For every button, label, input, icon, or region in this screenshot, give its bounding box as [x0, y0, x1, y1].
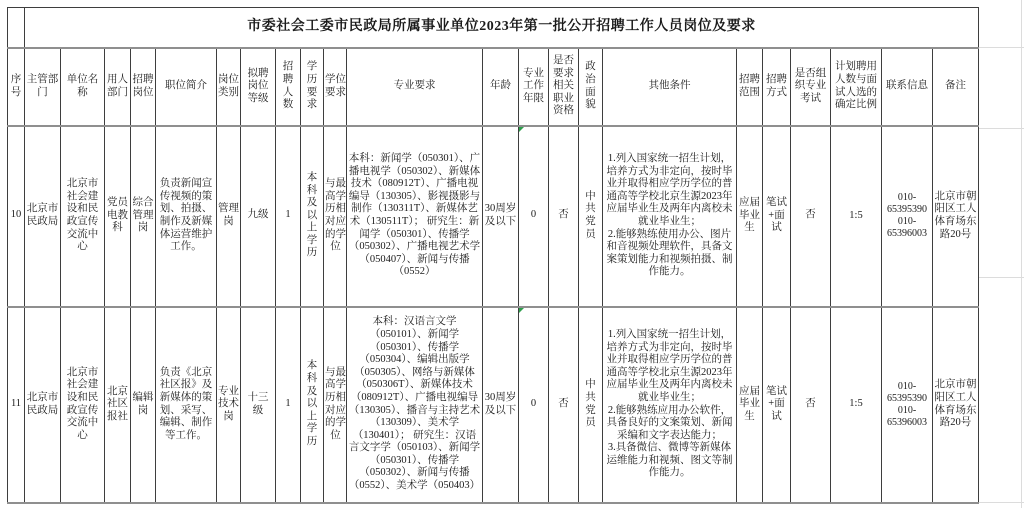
header-cell-exam[interactable]: 是否组织专业考试: [791, 48, 831, 126]
cell-method[interactable]: 笔试+面试: [763, 307, 791, 503]
header-label: 岗位类别: [218, 74, 239, 99]
cell-scope[interactable]: 应届毕业生: [737, 307, 763, 503]
cell-text: 应届毕业生: [739, 197, 760, 235]
cell-certificate[interactable]: 否: [549, 307, 579, 503]
header-cell-seq[interactable]: 序号: [8, 48, 25, 126]
header-label: 是否要求相关职业资格: [553, 55, 574, 118]
cell-post[interactable]: 综合管理岗: [131, 126, 156, 307]
cell-scope[interactable]: 应届毕业生: [737, 126, 763, 307]
header-cell-work-years[interactable]: 专业工作年限: [519, 48, 549, 126]
cell-contact[interactable]: 010- 65395390 010- 65396003: [882, 307, 933, 503]
cell-text: 负责新闻宣传视频的策划、拍摄、制作及新媒体运营维护工作。: [160, 178, 213, 254]
cell-text: 1.列入国家统一招生计划，培养方式为非定向，按时毕业并取得相应学历学位的普通高等…: [607, 153, 733, 277]
sheet-gridline-horizontal: [979, 277, 1024, 278]
cell-politics[interactable]: 中共党员: [579, 126, 603, 307]
cell-text: 0: [523, 398, 544, 411]
cell-text: 1:5: [849, 210, 862, 221]
header-label: 联系信息: [886, 80, 928, 93]
cell-text: 九级: [248, 209, 269, 222]
header-cell-note[interactable]: 备注: [933, 48, 979, 126]
cell-note[interactable]: 北京市朝阳区工人体育场东路20号: [933, 307, 979, 503]
cell-hiring-dept[interactable]: 党员电教科: [105, 126, 131, 307]
cell-text: 1:5: [849, 398, 862, 409]
title-row-corner-cell[interactable]: [8, 8, 25, 48]
cell-text: 编辑岗: [133, 392, 154, 417]
cell-exam[interactable]: 否: [791, 126, 831, 307]
cell-post[interactable]: 编辑岗: [131, 307, 156, 503]
header-label: 政治面貌: [585, 61, 596, 111]
cell-text: 北京市朝阳区工人体育场东路20号: [935, 191, 977, 241]
sheet-gridline-horizontal: [979, 502, 1024, 503]
cell-post-grade[interactable]: 十三级: [241, 307, 276, 503]
cell-dept[interactable]: 北京市民政局: [25, 307, 61, 503]
cell-education[interactable]: 本科及以上学历: [301, 307, 324, 503]
header-label: 计划聘用人数与面试人选的确定比例: [835, 61, 877, 111]
cell-text: 010- 65395390 010- 65396003: [887, 192, 927, 239]
cell-ratio[interactable]: 1:5: [831, 307, 882, 503]
cell-text: 本科：新闻学（050301）、广播电视学（050302）、新媒体技术（08091…: [349, 153, 480, 277]
cell-politics[interactable]: 中共党员: [579, 307, 603, 503]
cell-text: 北京市社会建设和民政宣传交流中心: [67, 367, 99, 443]
header-cell-major[interactable]: 专业要求: [347, 48, 483, 126]
cell-text: 1: [283, 398, 294, 411]
cell-text: 否: [553, 398, 574, 411]
cell-text: 否: [795, 398, 827, 411]
cell-text: 否: [795, 209, 827, 222]
cell-duties[interactable]: 负责《北京社区报》及新媒体的策划、采写、编辑、制作等工作。: [156, 307, 217, 503]
header-cell-other[interactable]: 其他条件: [603, 48, 737, 126]
cell-text: 30周岁 及以下: [485, 203, 517, 227]
cell-text: 北京市社会建设和民政宣传交流中心: [67, 178, 99, 254]
header-label: 招聘人数: [283, 61, 294, 111]
cell-certificate[interactable]: 否: [549, 126, 579, 307]
cell-warning-triangle-icon: [519, 308, 524, 313]
header-cell-age[interactable]: 年龄: [483, 48, 519, 126]
header-cell-dept[interactable]: 主管部门: [25, 48, 61, 126]
header-label: 学历要求: [307, 61, 318, 111]
cell-text: 本科：汉语言文学（050101）、新闻学（050301）、传播学（050304）…: [349, 316, 480, 491]
cell-dept[interactable]: 北京市民政局: [25, 126, 61, 307]
cell-text: 本科及以上学历: [307, 172, 318, 260]
cell-major[interactable]: 本科：汉语言文学（050101）、新闻学（050301）、传播学（050304）…: [347, 307, 483, 503]
header-cell-degree[interactable]: 学位要求: [324, 48, 347, 126]
cell-text: 1.列入国家统一招生计划，培养方式为非定向，按时毕业并取得相应学历学位的普通高等…: [607, 329, 733, 479]
cell-text: 十三级: [248, 392, 269, 417]
cell-text: 笔试+面试: [766, 197, 787, 235]
header-cell-duties[interactable]: 职位简介: [156, 48, 217, 126]
cell-hiring-dept[interactable]: 北京社区报社: [105, 307, 131, 503]
cell-method[interactable]: 笔试+面试: [763, 126, 791, 307]
cell-major[interactable]: 本科：新闻学（050301）、广播电视学（050302）、新媒体技术（08091…: [347, 126, 483, 307]
page-title[interactable]: 市委社会工委市民政局所属事业单位2023年第一批公开招聘工作人员岗位及要求: [25, 8, 979, 48]
header-cell-post-type[interactable]: 岗位类别: [217, 48, 241, 126]
header-label: 招聘范围: [739, 74, 760, 99]
header-label: 拟聘岗位等级: [248, 68, 269, 106]
cell-text: 负责《北京社区报》及新媒体的策划、采写、编辑、制作等工作。: [160, 367, 213, 443]
header-row: 序号 主管部门 单位名称 用人部门 招聘岗位 职位简介 岗位类别 拟聘岗位等级 …: [8, 48, 979, 126]
cell-text: 0: [523, 209, 544, 222]
title-row: 市委社会工委市民政局所属事业单位2023年第一批公开招聘工作人员岗位及要求: [8, 8, 979, 48]
cell-text: 1: [283, 209, 294, 222]
cell-headcount[interactable]: 1: [276, 307, 301, 503]
cell-text: 10: [11, 209, 22, 222]
table-row-11: 11 北京市民政局 北京市社会建设和民政宣传交流中心 北京社区报社 编辑岗 负责…: [8, 307, 979, 503]
cell-exam[interactable]: 否: [791, 307, 831, 503]
header-cell-certificate[interactable]: 是否要求相关职业资格: [549, 48, 579, 126]
cell-seq[interactable]: 10: [8, 126, 25, 307]
header-cell-politics[interactable]: 政治面貌: [579, 48, 603, 126]
cell-contact[interactable]: 010- 65395390 010- 65396003: [882, 126, 933, 307]
header-label: 备注: [935, 80, 977, 93]
sheet-gridline-horizontal: [979, 47, 1024, 48]
cell-warning-triangle-icon: [519, 127, 524, 132]
header-cell-scope[interactable]: 招聘范围: [737, 48, 763, 126]
cell-other[interactable]: 1.列入国家统一招生计划，培养方式为非定向，按时毕业并取得相应学历学位的普通高等…: [603, 126, 737, 307]
header-label: 主管部门: [27, 74, 59, 99]
cell-post-grade[interactable]: 九级: [241, 126, 276, 307]
header-label: 专业工作年限: [523, 68, 544, 106]
cell-unit[interactable]: 北京市社会建设和民政宣传交流中心: [61, 307, 105, 503]
cell-note[interactable]: 北京市朝阳区工人体育场东路20号: [933, 126, 979, 307]
cell-text: 中共党员: [585, 191, 596, 241]
cell-degree[interactable]: 与最高学历相对应的学位: [324, 307, 347, 503]
cell-text: 否: [553, 209, 574, 222]
cell-text: 本科及以上学历: [307, 360, 318, 448]
header-cell-hiring-dept[interactable]: 用人部门: [105, 48, 131, 126]
header-label: 招聘方式: [766, 74, 787, 99]
header-cell-method[interactable]: 招聘方式: [763, 48, 791, 126]
cell-seq[interactable]: 11: [8, 307, 25, 503]
cell-post-type[interactable]: 管理岗: [217, 126, 241, 307]
sheet-gridline-horizontal: [979, 128, 1024, 129]
table-row-10: 10 北京市民政局 北京市社会建设和民政宣传交流中心 党员电教科 综合管理岗 负…: [8, 126, 979, 307]
header-cell-headcount[interactable]: 招聘人数: [276, 48, 301, 126]
cell-text: 与最高学历相对应的学位: [325, 367, 346, 443]
cell-text: 30周岁 及以下: [485, 392, 517, 416]
cell-text: 与最高学历相对应的学位: [325, 178, 346, 254]
cell-text: 11: [11, 398, 21, 411]
header-label: 用人部门: [107, 74, 128, 99]
cell-duties[interactable]: 负责新闻宣传视频的策划、拍摄、制作及新媒体运营维护工作。: [156, 126, 217, 307]
header-label: 其他条件: [649, 80, 691, 93]
header-cell-contact[interactable]: 联系信息: [882, 48, 933, 126]
cell-text: 北京市朝阳区工人体育场东路20号: [935, 379, 977, 429]
cell-text: 010- 65395390 010- 65396003: [887, 381, 927, 428]
header-label: 年龄: [490, 80, 511, 93]
header-label: 序号: [9, 74, 23, 99]
cell-degree[interactable]: 与最高学历相对应的学位: [324, 126, 347, 307]
header-label: 专业要求: [394, 80, 436, 93]
cell-text: 综合管理岗: [133, 197, 154, 235]
cell-text: 专业技术岗: [218, 386, 239, 424]
header-label: 职位简介: [160, 80, 213, 93]
cell-text: 笔试+面试: [766, 386, 787, 424]
cell-ratio[interactable]: 1:5: [831, 126, 882, 307]
cell-text: 北京市民政局: [27, 392, 59, 417]
cell-headcount[interactable]: 1: [276, 126, 301, 307]
cell-text: 中共党员: [585, 379, 596, 429]
cell-education[interactable]: 本科及以上学历: [301, 126, 324, 307]
cell-work-years[interactable]: 0: [519, 307, 549, 503]
header-label: 单位名称: [67, 74, 99, 99]
cell-text: 管理岗: [218, 203, 239, 228]
header-label: 招聘岗位: [133, 74, 154, 99]
header-label: 是否组织专业考试: [795, 68, 827, 106]
cell-text: 党员电教科: [107, 197, 128, 235]
header-cell-unit[interactable]: 单位名称: [61, 48, 105, 126]
header-cell-education[interactable]: 学历要求: [301, 48, 324, 126]
cell-unit[interactable]: 北京市社会建设和民政宣传交流中心: [61, 126, 105, 307]
header-cell-post[interactable]: 招聘岗位: [131, 48, 156, 126]
sheet-gridline-vertical: [1021, 0, 1022, 508]
cell-age[interactable]: 30周岁 及以下: [483, 307, 519, 503]
header-label: 学位要求: [325, 74, 346, 99]
cell-other[interactable]: 1.列入国家统一招生计划，培养方式为非定向，按时毕业并取得相应学历学位的普通高等…: [603, 307, 737, 503]
header-cell-ratio[interactable]: 计划聘用人数与面试人选的确定比例: [831, 48, 882, 126]
cell-text: 应届毕业生: [739, 386, 760, 424]
cell-post-type[interactable]: 专业技术岗: [217, 307, 241, 503]
cell-age[interactable]: 30周岁 及以下: [483, 126, 519, 307]
header-cell-post-grade[interactable]: 拟聘岗位等级: [241, 48, 276, 126]
cell-text: 北京市民政局: [27, 203, 59, 228]
recruitment-table: 市委社会工委市民政局所属事业单位2023年第一批公开招聘工作人员岗位及要求 序号…: [7, 7, 979, 504]
cell-text: 北京社区报社: [107, 386, 128, 424]
cell-work-years[interactable]: 0: [519, 126, 549, 307]
